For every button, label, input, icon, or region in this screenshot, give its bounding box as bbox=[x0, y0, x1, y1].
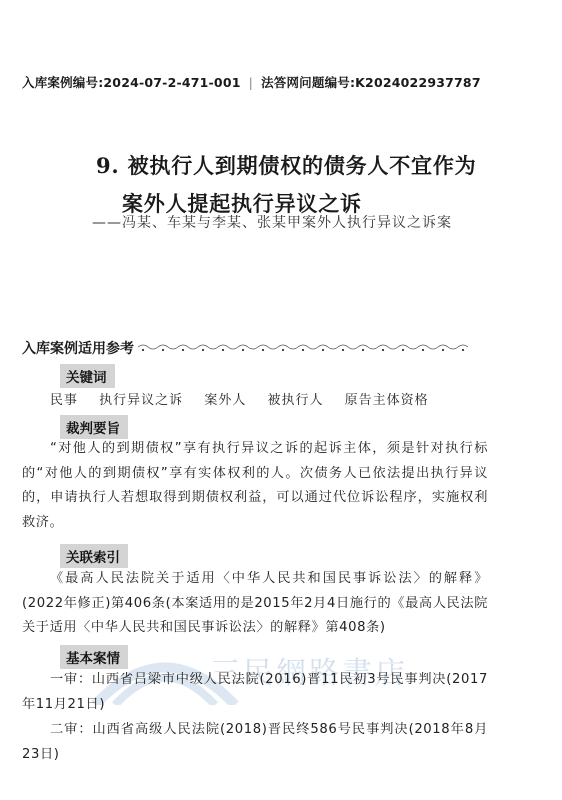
keyword-item: 执行异议之诉 bbox=[99, 393, 183, 408]
keywords-label: 关键词 bbox=[60, 364, 115, 388]
keywords-list: 民事 执行异议之诉 案外人 被执行人 原告主体资格 bbox=[50, 389, 445, 408]
title-line-1: 9. 被执行人到期债权的债务人不宜作为 bbox=[96, 150, 476, 180]
case-id-label: 入库案例编号: bbox=[22, 75, 103, 90]
second-instance-text: 二审：山西省高级人民法院(2018)晋民终586号民事判决(2018年8月23日… bbox=[22, 718, 488, 767]
keyword-item: 民事 bbox=[50, 393, 78, 408]
first-instance-text: 一审：山西省吕梁市中级人民法院(2016)晋11民初3号民事判决(2017年11… bbox=[22, 668, 488, 717]
case-id-line: 入库案例编号:2024-07-2-471-001|法答网问题编号:K202402… bbox=[22, 73, 481, 91]
keyword-item: 案外人 bbox=[204, 393, 246, 408]
gist-label: 裁判要旨 bbox=[60, 415, 128, 439]
reference-section-heading: 入库案例适用参考 bbox=[22, 338, 468, 358]
case-id: 2024-07-2-471-001 bbox=[103, 75, 240, 90]
question-id: K2024022937787 bbox=[355, 75, 481, 90]
document-page: 入库案例编号:2024-07-2-471-001|法答网问题编号:K202402… bbox=[0, 0, 562, 800]
wave-divider-icon bbox=[138, 343, 468, 353]
case-subtitle: ——冯某、车某与李某、张某甲案外人执行异议之诉案 bbox=[92, 212, 452, 232]
keyword-item: 原告主体资格 bbox=[345, 393, 429, 408]
question-id-label: 法答网问题编号: bbox=[261, 75, 355, 90]
case-title: 9. 被执行人到期债权的债务人不宜作为 案外人提起执行异议之诉 bbox=[96, 150, 476, 218]
related-index-label: 关联索引 bbox=[60, 544, 128, 568]
reference-heading-text: 入库案例适用参考 bbox=[22, 338, 134, 358]
related-index-text: 《最高人民法院关于适用〈中华人民共和国民事诉讼法〉的解释》(2022年修正)第4… bbox=[22, 567, 488, 641]
keyword-item: 被执行人 bbox=[267, 393, 323, 408]
basic-case-label: 基本案情 bbox=[60, 645, 128, 669]
divider: | bbox=[249, 75, 253, 90]
gist-text: “对他人的到期债权”享有执行异议之诉的起诉主体，须是针对执行标的“对他人的到期债… bbox=[22, 437, 488, 535]
